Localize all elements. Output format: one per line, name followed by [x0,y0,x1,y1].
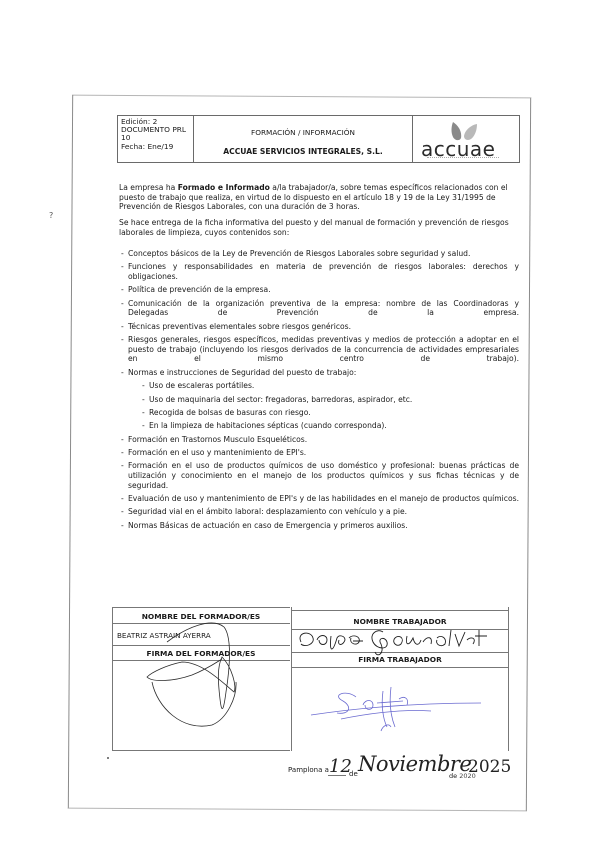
city-prefix: Pamplona a [288,766,329,774]
document-meta: Edición: 2 DOCUMENTO PRL 10 Fecha: Ene/1… [118,116,194,162]
bullet-dash: - [121,448,124,458]
bullet-dash: - [121,368,124,378]
date-de-1: de [349,770,358,778]
company-name: ACCUAE SERVICIOS INTEGRALES, S.L. [194,148,412,156]
bullet-dash: - [142,381,145,391]
sub-list-item: -En la limpieza de habitaciones sépticas… [121,421,519,431]
list-item-text: Riesgos generales, riesgos específicos, … [121,335,519,364]
list-item-text: Comunicación de la organización preventi… [121,299,519,318]
list-item-text: Recogida de bolsas de basuras con riesgo… [121,408,519,418]
list-item: -Funciones y responsabilidades en materi… [121,262,519,281]
list-item-text: Formación en el uso y mantenimiento de E… [121,448,519,458]
scan-artifact-dot [107,757,109,759]
sub-list-item: -Recogida de bolsas de basuras con riesg… [121,408,519,418]
bullet-dash: - [121,299,124,309]
intro-paragraph: La empresa ha Formado e Informado a/la t… [119,183,517,212]
worker-name-header: NOMBRE TRABAJADOR [291,617,509,626]
bullet-dash: - [121,461,124,471]
bullet-dash: - [121,521,124,531]
list-item-text: Formación en Trastornos Musculo Esquelét… [121,435,519,445]
delivery-paragraph: Se hace entrega de la ficha informativa … [119,218,517,237]
logo-wordmark: accuae [421,140,495,158]
day-underline [328,775,346,776]
list-item: -Conceptos básicos de la Ley de Prevenci… [121,249,519,259]
list-item: -Formación en Trastornos Musculo Esquelé… [121,435,519,445]
list-item-text: Política de prevención de la empresa. [121,285,519,295]
list-item: -Técnicas preventivas elementales sobre … [121,322,519,332]
bullet-dash: - [121,494,124,504]
trainer-name: BEATRIZ ASTRAIN AYERRA [117,631,211,640]
document-code: DOCUMENTO PRL [121,126,190,134]
bullet-dash: - [121,262,124,272]
bullet-dash: - [142,421,145,431]
document-date: Fecha: Ene/19 [121,143,190,151]
list-item-text: Funciones y responsabilidades en materia… [121,262,519,281]
document-title: FORMACIÓN / INFORMACIÓN [194,129,412,137]
list-item-text: En la limpieza de habitaciones sépticas … [121,421,519,431]
bullet-dash: - [121,335,124,345]
bullet-dash: - [121,435,124,445]
handwritten-year: 2025 [468,757,511,777]
list-item-text: Uso de maquinaria del sector: fregadoras… [121,395,519,405]
list-item-text: Conceptos básicos de la Ley de Prevenció… [121,249,519,259]
list-item: -Riesgos generales, riesgos específicos,… [121,335,519,364]
contents-list: -Conceptos básicos de la Ley de Prevenci… [121,249,519,534]
logo-tagline [427,157,499,159]
list-item: -Política de prevención de la empresa. [121,285,519,295]
list-item: -Formación en el uso y mantenimiento de … [121,448,519,458]
bullet-dash: - [121,285,124,295]
list-item: -Evaluación de uso y mantenimiento de EP… [121,494,519,504]
bullet-dash: - [121,249,124,259]
list-item: -Normas e instrucciones de Seguridad del… [121,368,519,378]
list-item-text: Normas Básicas de actuación en caso de E… [121,521,519,531]
list-item-text: Evaluación de uso y mantenimiento de EPI… [121,494,519,504]
sub-list-item: -Uso de escaleras portátiles. [121,381,519,391]
trainer-signature-header: FIRMA DEL FORMADOR/ES [112,649,290,658]
document-header: Edición: 2 DOCUMENTO PRL 10 Fecha: Ene/1… [117,115,520,163]
list-item: -Seguridad vial en el ámbito laboral: de… [121,507,519,517]
list-item: -Comunicación de la organización prevent… [121,299,519,318]
list-item: -Formación en el uso de productos químic… [121,461,519,490]
list-item-text: Uso de escaleras portátiles. [121,381,519,391]
list-item-text: Normas e instrucciones de Seguridad del … [121,368,519,378]
place-date-line: Pamplona a [288,766,329,774]
bullet-dash: - [142,395,145,405]
bullet-dash: - [142,408,145,418]
header-title-cell: FORMACIÓN / INFORMACIÓN ACCUAE SERVICIOS… [194,116,413,162]
scan-artifact-mark: ? [49,211,53,220]
bullet-dash: - [121,507,124,517]
list-item-text: Seguridad vial en el ámbito laboral: des… [121,507,519,517]
signature-table: NOMBRE DEL FORMADOR/ES BEATRIZ ASTRAIN A… [112,607,510,751]
intro-bold: Formado e Informado [178,183,270,192]
company-logo: accuae [413,116,519,162]
trainer-column [112,607,292,751]
worker-signature-header: FIRMA TRABAJADOR [291,655,509,664]
list-item-text: Formación en el uso de productos químico… [121,461,519,490]
list-item-text: Técnicas preventivas elementales sobre r… [121,322,519,332]
list-item: -Normas Básicas de actuación en caso de … [121,521,519,531]
trainer-name-header: NOMBRE DEL FORMADOR/ES [112,612,290,621]
bullet-dash: - [121,322,124,332]
sub-list-item: -Uso de maquinaria del sector: fregadora… [121,395,519,405]
